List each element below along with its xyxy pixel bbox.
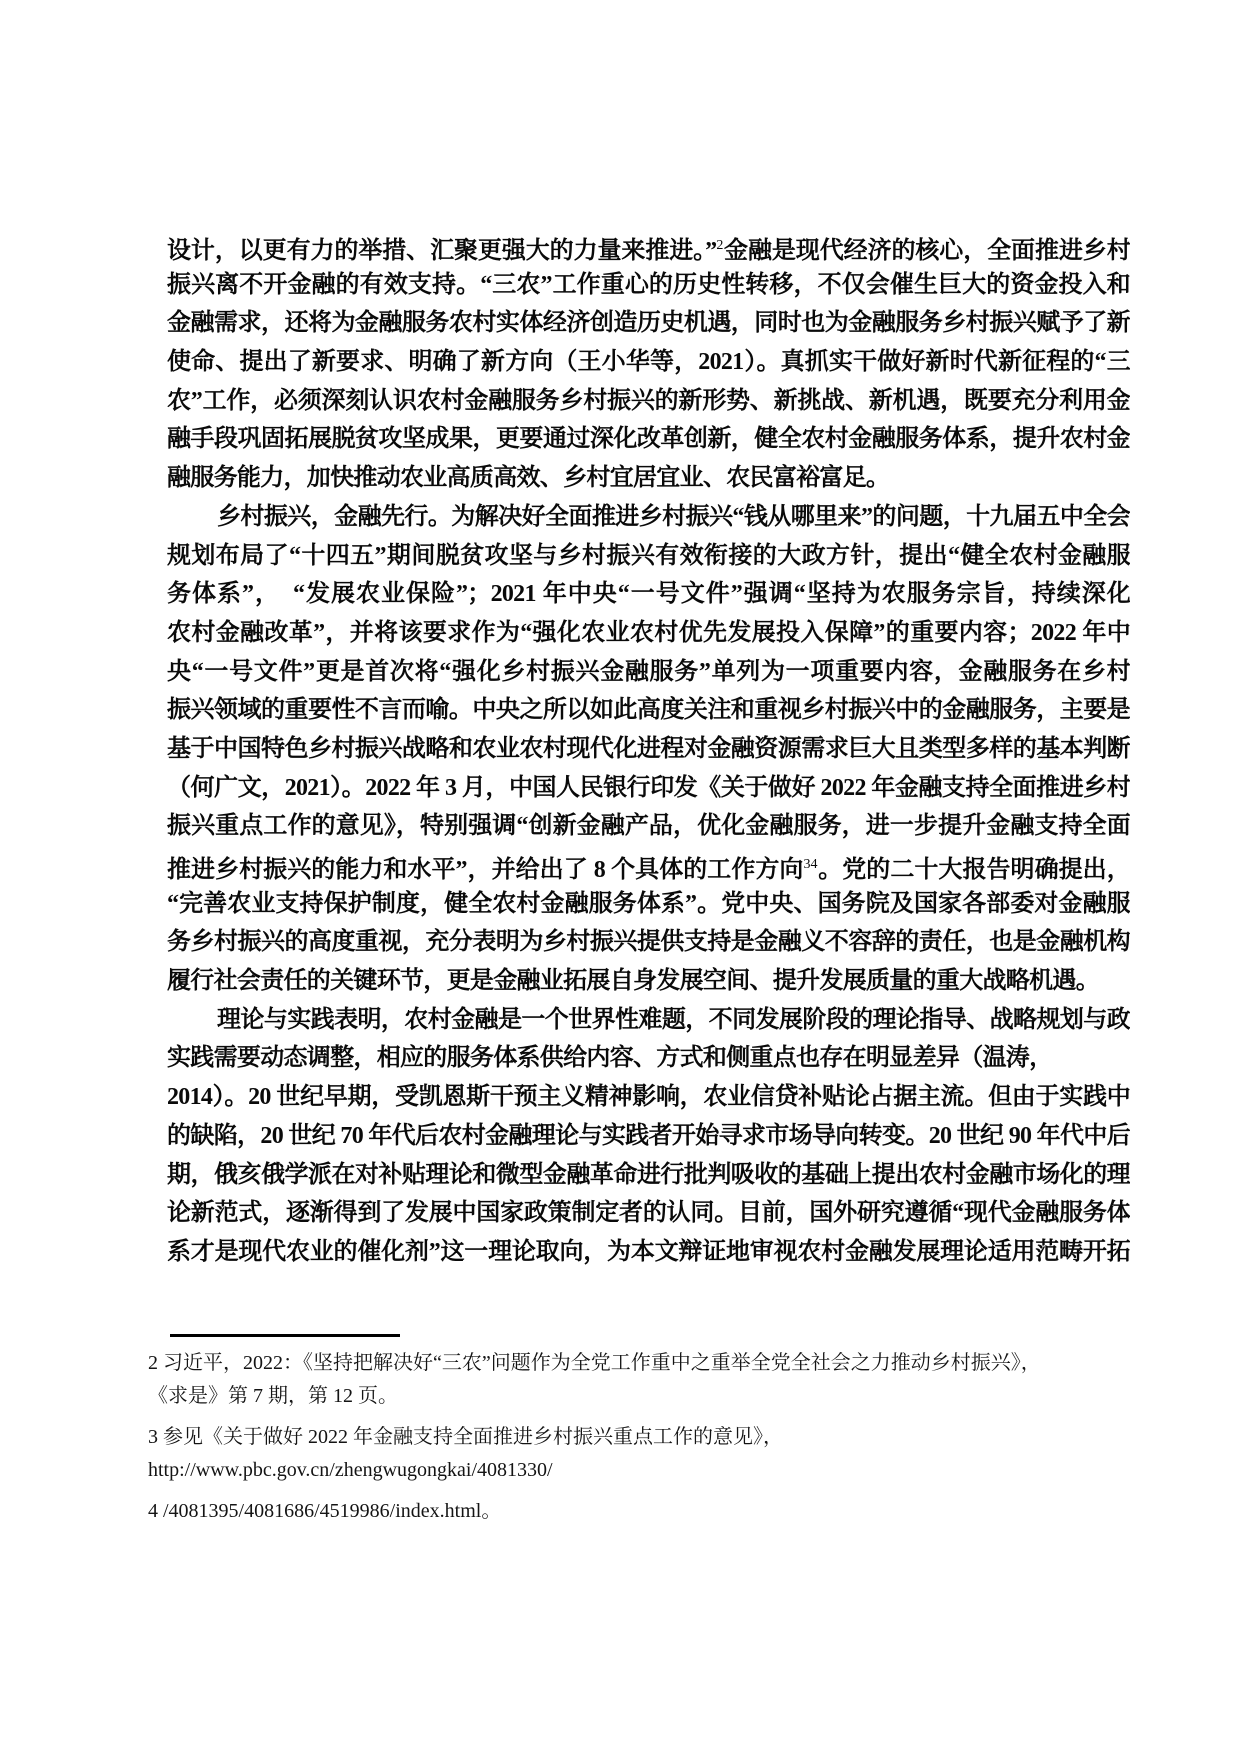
text-line: 履行社会责任的关键环节，更是金融业拓展自身发展空间、提升发展质量的重大战略机遇。 — [167, 962, 1130, 1001]
text-line: （何广文，2021）。2022 年 3 月，中国人民银行印发《关于做好 2022… — [167, 769, 1130, 808]
text-segment: 金融需求，还将为金融服务农村实体经济创造历史机遇，同时也为金融服务乡村振兴赋予了… — [167, 310, 1130, 336]
text-segment: 规划布局了“十四五”期间脱贫攻坚与乡村振兴有效衔接的大政方针，提出“健全农村金融… — [167, 543, 1130, 569]
text-segment: 论新范式，逐渐得到了发展中国家政策制定者的认同。目前，国外研究遵循“现代金融服务… — [167, 1200, 1130, 1226]
text-line: 融手段巩固拓展脱贫攻坚成果，更要通过深化改革创新，健全农村金融服务体系，提升农村… — [167, 420, 1130, 459]
text-segment: 金融是现代经济的核心，全面推进乡村 — [723, 238, 1130, 264]
paragraph: 理论与实践表明，农村金融是一个世界性难题，不同发展阶段的理论指导、战略规划与政策… — [167, 1001, 1130, 1272]
text-line: 央“一号文件”更是首次将“强化乡村振兴金融服务”单列为一项重要内容，金融服务在乡… — [167, 653, 1130, 692]
text-segment: 使命、提出了新要求、明确了新方向（王小华等，2021）。真抓实干做好新时代新征程… — [167, 349, 1130, 375]
document-body: 设计，以更有力的举措、汇聚更强大的力量来推进。”2金融是现代经济的核心，全面推进… — [167, 227, 1130, 1272]
text-line: 论新范式，逐渐得到了发展中国家政策制定者的认同。目前，国外研究遵循“现代金融服务… — [167, 1194, 1130, 1233]
text-segment: 乡村振兴，金融先行。为解决好全面推进乡村振兴“钱从哪里来”的问题，十九届五中全会 — [217, 504, 1130, 530]
footnote: 2 习近平，2022：《坚持把解决好“三农”问题作为全党工作重中之重举全党全社会… — [148, 1347, 1110, 1413]
text-line: 的缺陷，20 世纪 70 年代后农村金融理论与实践者开始寻求市场导向转变。20 … — [167, 1117, 1130, 1156]
footnote-line: 《求是》第 7 期，第 12 页。 — [148, 1380, 1110, 1413]
text-line: 实践需要动态调整，相应的服务体系供给内容、方式和侧重点也存在明显差异（温涛， — [167, 1039, 1130, 1078]
text-segment: 务体系”， “发展农业保险”；2021 年中央“一号文件”强调“坚持为农服务宗旨… — [167, 581, 1130, 607]
text-segment: 设计，以更有力的举措、汇聚更强大的力量来推进。” — [167, 238, 716, 264]
footnote-ref: 34 — [803, 857, 817, 872]
text-line: 设计，以更有力的举措、汇聚更强大的力量来推进。”2金融是现代经济的核心，全面推进… — [167, 227, 1130, 266]
text-line: 使命、提出了新要求、明确了新方向（王小华等，2021）。真抓实干做好新时代新征程… — [167, 343, 1130, 382]
text-line: 系才是现代农业的催化剂”这一理论取向，为本文辩证地审视农村金融发展理论适用范畴开… — [167, 1233, 1130, 1272]
text-line: 2014）。20 世纪早期，受凯恩斯干预主义精神影响，农业信贷补贴论占据主流。但… — [167, 1078, 1130, 1117]
text-segment: 履行社会责任的关键环节，更是金融业拓展自身发展空间、提升发展质量的重大战略机遇。 — [167, 968, 1099, 994]
text-segment: 振兴领域的重要性不言而喻。中央之所以如此高度关注和重视乡村振兴中的金融服务，主要… — [167, 697, 1130, 723]
text-segment: 央“一号文件”更是首次将“强化乡村振兴金融服务”单列为一项重要内容，金融服务在乡… — [167, 659, 1130, 685]
footnote-line: 2 习近平，2022：《坚持把解决好“三农”问题作为全党工作重中之重举全党全社会… — [148, 1347, 1110, 1380]
text-segment: 务乡村振兴的高度重视，充分表明为乡村振兴提供支持是金融义不容辞的责任，也是金融机… — [167, 929, 1130, 955]
text-segment: 2014）。20 世纪早期，受凯恩斯干预主义精神影响，农业信贷补贴论占据主流。但… — [167, 1084, 1130, 1110]
text-segment: 基于中国特色乡村振兴战略和农业农村现代化进程对金融资源需求巨大且类型多样的基本判… — [167, 736, 1130, 762]
text-segment: 农村金融改革”，并将该要求作为“强化农业农村优先发展投入保障”的重要内容；202… — [167, 620, 1130, 646]
text-line: 金融需求，还将为金融服务农村实体经济创造历史机遇，同时也为金融服务乡村振兴赋予了… — [167, 304, 1130, 343]
text-line: 推进乡村振兴的能力和水平”，并给出了 8 个具体的工作方向34。党的二十大报告明… — [167, 846, 1130, 885]
text-line: 融服务能力，加快推动农业高质高效、乡村宜居宜业、农民富裕富足。 — [167, 459, 1130, 498]
text-line: 务乡村振兴的高度重视，充分表明为乡村振兴提供支持是金融义不容辞的责任，也是金融机… — [167, 923, 1130, 962]
text-segment: 。党的二十大报告明确提出， — [817, 857, 1130, 883]
text-segment: 系才是现代农业的催化剂”这一理论取向，为本文辩证地审视农村金融发展理论适用范畴开… — [167, 1239, 1130, 1265]
footnote-line: 3 参见《关于做好 2022 年金融支持全面推进乡村振兴重点工作的意见》， — [148, 1421, 1110, 1454]
text-segment: 融服务能力，加快推动农业高质高效、乡村宜居宜业、农民富裕富足。 — [167, 465, 889, 491]
text-segment: 振兴重点工作的意见》，特别强调“创新金融产品，优化金融服务，进一步提升金融支持全… — [167, 813, 1130, 839]
text-line: 理论与实践表明，农村金融是一个世界性难题，不同发展阶段的理论指导、战略规划与政策 — [167, 1001, 1130, 1040]
paragraph: 乡村振兴，金融先行。为解决好全面推进乡村振兴“钱从哪里来”的问题，十九届五中全会… — [167, 498, 1130, 1001]
footnote: 4 /4081395/4081686/4519986/index.html。 — [148, 1495, 1110, 1528]
text-segment: 期，俄亥俄学派在对补贴理论和微型金融革命进行批判吸收的基础上提出农村金融市场化的… — [167, 1162, 1130, 1188]
text-segment: 的缺陷，20 世纪 70 年代后农村金融理论与实践者开始寻求市场导向转变。20 … — [167, 1123, 1130, 1149]
paragraph: 设计，以更有力的举措、汇聚更强大的力量来推进。”2金融是现代经济的核心，全面推进… — [167, 227, 1130, 498]
text-segment: 振兴离不开金融的有效支持。“三农”工作重心的历史性转移，不仅会催生巨大的资金投入… — [167, 272, 1130, 298]
text-line: 农村金融改革”，并将该要求作为“强化农业农村优先发展投入保障”的重要内容；202… — [167, 614, 1130, 653]
footnote: 3 参见《关于做好 2022 年金融支持全面推进乡村振兴重点工作的意见》，htt… — [148, 1421, 1110, 1487]
text-segment: 实践需要动态调整，相应的服务体系供给内容、方式和侧重点也存在明显差异（温涛， — [167, 1045, 1052, 1071]
footnote-line: 4 /4081395/4081686/4519986/index.html。 — [148, 1495, 1110, 1528]
footnote-area: 2 习近平，2022：《坚持把解决好“三农”问题作为全党工作重中之重举全党全社会… — [148, 1322, 1110, 1536]
text-line: 乡村振兴，金融先行。为解决好全面推进乡村振兴“钱从哪里来”的问题，十九届五中全会 — [167, 498, 1130, 537]
text-line: 期，俄亥俄学派在对补贴理论和微型金融革命进行批判吸收的基础上提出农村金融市场化的… — [167, 1156, 1130, 1195]
text-line: 基于中国特色乡村振兴战略和农业农村现代化进程对金融资源需求巨大且类型多样的基本判… — [167, 730, 1130, 769]
text-line: 规划布局了“十四五”期间脱贫攻坚与乡村振兴有效衔接的大政方针，提出“健全农村金融… — [167, 537, 1130, 576]
text-segment: 理论与实践表明，农村金融是一个世界性难题，不同发展阶段的理论指导、战略规划与政策 — [167, 1007, 1130, 1040]
text-segment: 农”工作，必须深刻认识农村金融服务乡村振兴的新形势、新挑战、新机遇，既要充分利用… — [167, 388, 1130, 414]
document-page: 设计，以更有力的举措、汇聚更强大的力量来推进。”2金融是现代经济的核心，全面推进… — [0, 0, 1240, 1754]
text-segment: 推进乡村振兴的能力和水平”，并给出了 8 个具体的工作方向 — [167, 857, 803, 883]
footnote-url: http://www.pbc.gov.cn/zhengwugongkai/408… — [148, 1454, 1110, 1487]
text-line: 振兴领域的重要性不言而喻。中央之所以如此高度关注和重视乡村振兴中的金融服务，主要… — [167, 691, 1130, 730]
text-segment: “完善农业支持保护制度，健全农村金融服务体系”。党中央、国务院及国家各部委对金融… — [167, 891, 1130, 917]
text-line: 振兴重点工作的意见》，特别强调“创新金融产品，优化金融服务，进一步提升金融支持全… — [167, 807, 1130, 846]
text-line: 振兴离不开金融的有效支持。“三农”工作重心的历史性转移，不仅会催生巨大的资金投入… — [167, 266, 1130, 305]
text-segment: （何广文，2021）。2022 年 3 月，中国人民银行印发《关于做好 2022… — [167, 775, 1130, 801]
footnote-separator — [170, 1334, 400, 1337]
text-line: 务体系”， “发展农业保险”；2021 年中央“一号文件”强调“坚持为农服务宗旨… — [167, 575, 1130, 614]
text-line: 农”工作，必须深刻认识农村金融服务乡村振兴的新形势、新挑战、新机遇，既要充分利用… — [167, 382, 1130, 421]
text-line: “完善农业支持保护制度，健全农村金融服务体系”。党中央、国务院及国家各部委对金融… — [167, 885, 1130, 924]
text-segment: 融手段巩固拓展脱贫攻坚成果，更要通过深化改革创新，健全农村金融服务体系，提升农村… — [167, 426, 1130, 452]
